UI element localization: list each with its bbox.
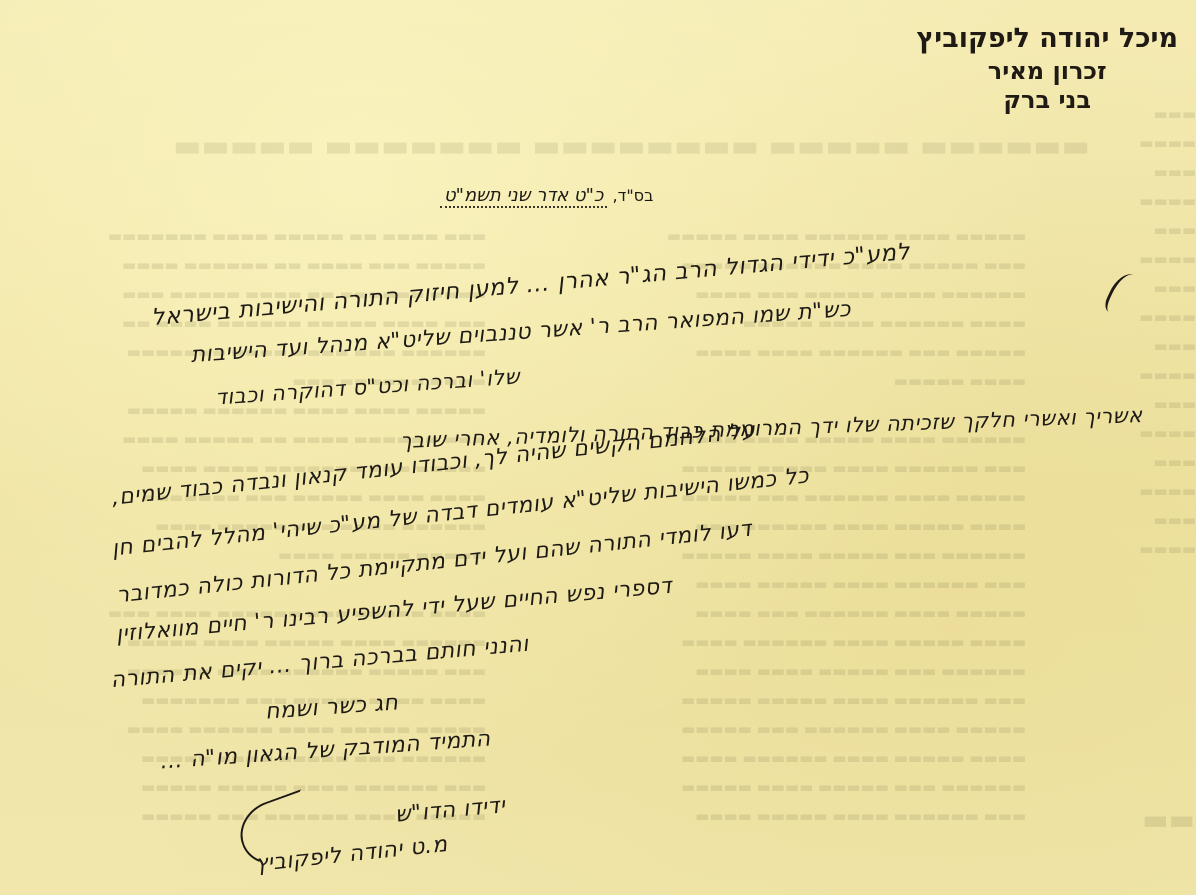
bleed-through-corner-heading: ▬▬ bbox=[1125, 800, 1195, 860]
letterhead-city: בני ברק bbox=[916, 86, 1178, 114]
date-printed-prefix: בס"ד, bbox=[613, 186, 654, 205]
date-handwritten: כ"ט אדר שני תשמ"ט bbox=[440, 185, 607, 208]
date-line: בס"ד, כ"ט אדר שני תשמ"ט bbox=[440, 185, 653, 206]
bleed-through-margin-column: ▬▬▬▬▬▬▬▬▬▬▬▬▬▬▬▬▬▬▬▬▬▬▬▬▬▬▬▬▬▬▬▬▬▬▬▬▬▬▬▬… bbox=[1100, 100, 1196, 600]
letterhead: מיכל יהודה ליפקוביץ זכרון מאיר בני ברק bbox=[916, 22, 1178, 114]
letterhead-institution: זכרון מאיר bbox=[916, 56, 1178, 86]
letterhead-name: מיכל יהודה ליפקוביץ bbox=[916, 22, 1178, 56]
bleed-through-headline: ▬▬▬▬▬▬ ▬▬▬▬▬ ▬▬▬▬▬▬▬▬ ▬▬▬▬▬▬▬ ▬▬▬▬▬ bbox=[130, 125, 1090, 169]
